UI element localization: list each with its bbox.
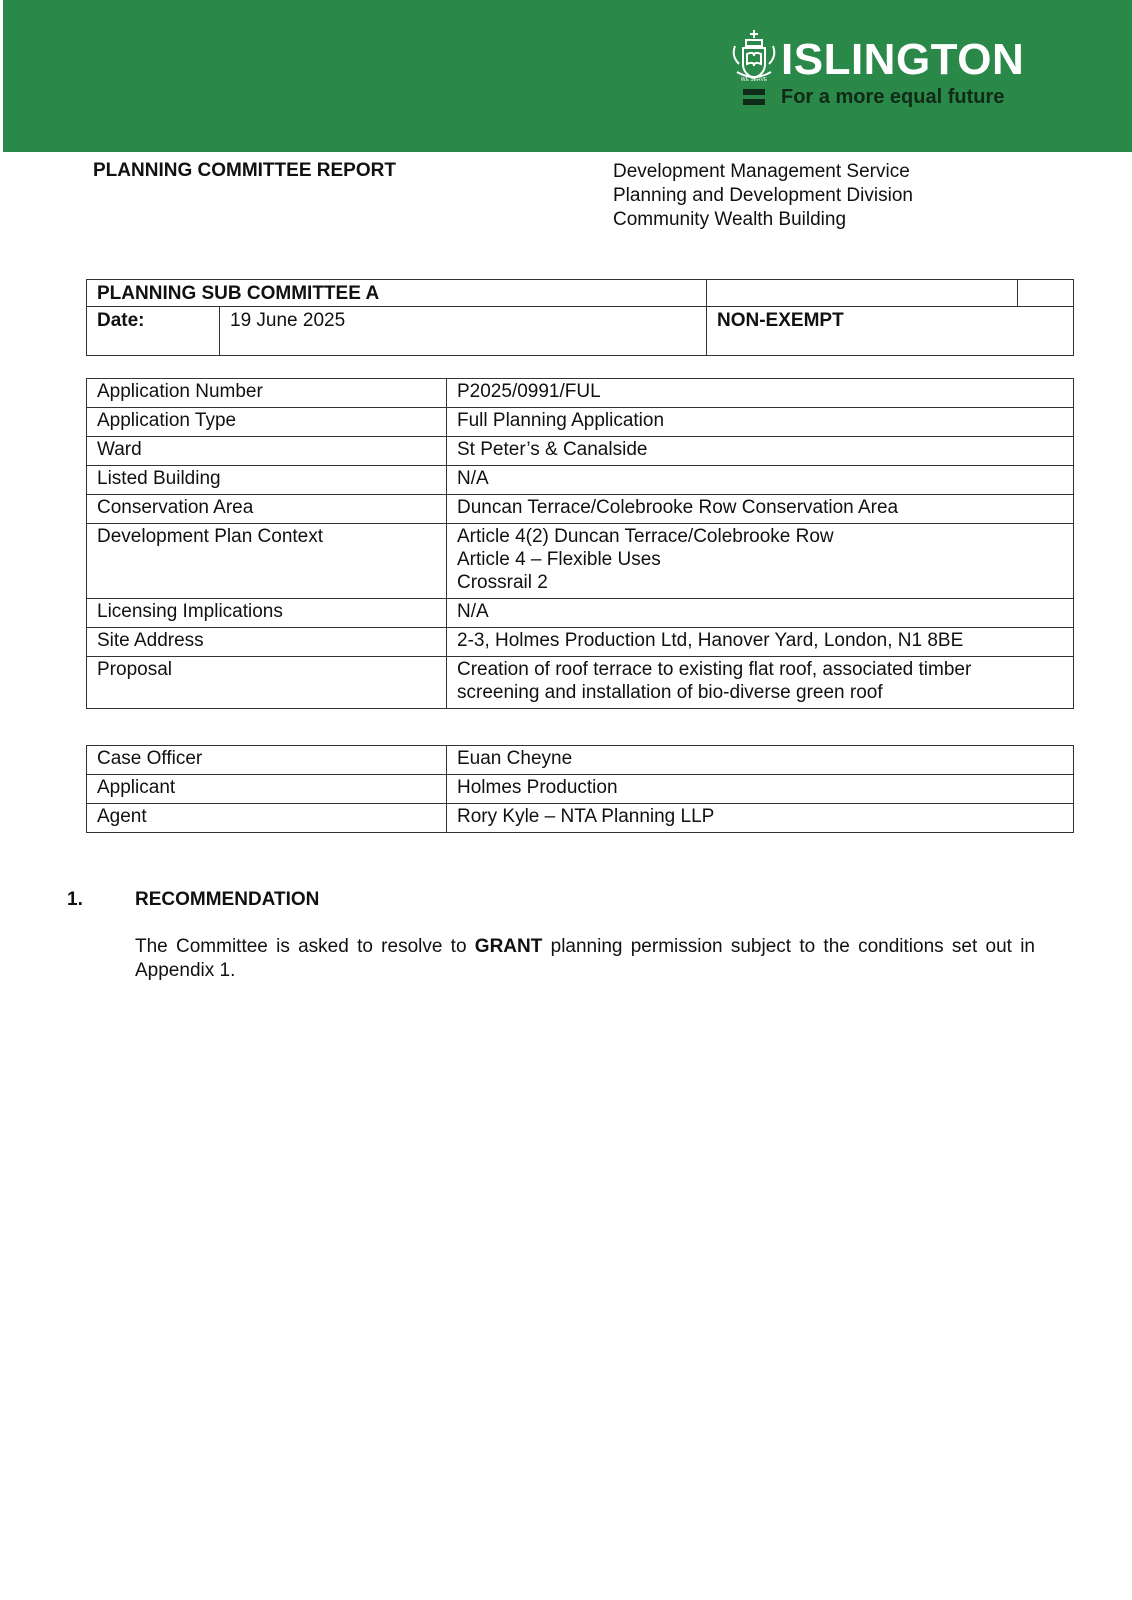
table-row: ApplicantHolmes Production (87, 775, 1074, 804)
equals-icon (743, 89, 765, 107)
field-value-line: Article 4 – Flexible Uses (457, 548, 1063, 571)
field-value-line: Creation of roof terrace to existing fla… (457, 658, 1063, 681)
field-value: Rory Kyle – NTA Planning LLP (447, 804, 1074, 833)
date-value: 19 June 2025 (220, 307, 707, 356)
field-value: N/A (447, 599, 1074, 628)
field-value-line: St Peter’s & Canalside (457, 438, 1063, 461)
field-label: Application Number (87, 379, 447, 408)
field-value-line: screening and installation of bio-divers… (457, 681, 1063, 704)
table-row: Site Address2-3, Holmes Production Ltd, … (87, 628, 1074, 657)
field-value-line: Article 4(2) Duncan Terrace/Colebrooke R… (457, 525, 1063, 548)
table-row: Listed BuildingN/A (87, 466, 1074, 495)
department-line: Planning and Development Division (613, 184, 913, 208)
field-value: N/A (447, 466, 1074, 495)
department-info: Development Management Service Planning … (613, 160, 913, 232)
department-line: Community Wealth Building (613, 208, 913, 232)
field-label: Applicant (87, 775, 447, 804)
empty-cell (1018, 280, 1074, 307)
field-value: Holmes Production (447, 775, 1074, 804)
field-label: Licensing Implications (87, 599, 447, 628)
header-banner: WE SERVE ISLINGTON For a more equal futu… (3, 0, 1132, 152)
brand-tagline: For a more equal future (781, 86, 1004, 108)
islington-logo: WE SERVE ISLINGTON For a more equal futu… (731, 24, 1031, 114)
table-row: ProposalCreation of roof terrace to exis… (87, 657, 1074, 709)
svg-text:WE SERVE: WE SERVE (741, 77, 768, 83)
field-value-line: Duncan Terrace/Colebrooke Row Conservati… (457, 496, 1063, 519)
committee-header-table: PLANNING SUB COMMITTEE A Date: 19 June 2… (86, 279, 1074, 356)
crest-icon: WE SERVE (731, 28, 777, 86)
table-row: Case OfficerEuan Cheyne (87, 746, 1074, 775)
application-details-table: Application NumberP2025/0991/FULApplicat… (86, 378, 1074, 709)
field-label: Agent (87, 804, 447, 833)
exempt-status: NON-EXEMPT (707, 307, 1074, 356)
recommendation-text: The Committee is asked to resolve to GRA… (135, 935, 1035, 983)
table-row: Application TypeFull Planning Applicatio… (87, 408, 1074, 437)
field-value: Creation of roof terrace to existing fla… (447, 657, 1074, 709)
field-label: Listed Building (87, 466, 447, 495)
field-value-line: Full Planning Application (457, 409, 1063, 432)
field-value: Euan Cheyne (447, 746, 1074, 775)
empty-cell (707, 280, 1018, 307)
field-value: Duncan Terrace/Colebrooke Row Conservati… (447, 495, 1074, 524)
field-label: Case Officer (87, 746, 447, 775)
field-value: Full Planning Application (447, 408, 1074, 437)
table-row: Licensing ImplicationsN/A (87, 599, 1074, 628)
table-row: Application NumberP2025/0991/FUL (87, 379, 1074, 408)
field-value-line: 2-3, Holmes Production Ltd, Hanover Yard… (457, 629, 1063, 652)
field-value-line: N/A (457, 467, 1063, 490)
section-heading: RECOMMENDATION (135, 889, 319, 911)
table-row: WardSt Peter’s & Canalside (87, 437, 1074, 466)
field-value: P2025/0991/FUL (447, 379, 1074, 408)
table-row: AgentRory Kyle – NTA Planning LLP (87, 804, 1074, 833)
field-label: Proposal (87, 657, 447, 709)
field-value: 2-3, Holmes Production Ltd, Hanover Yard… (447, 628, 1074, 657)
date-label: Date: (87, 307, 220, 356)
table-row: Development Plan ContextArticle 4(2) Dun… (87, 524, 1074, 599)
field-value-line: Crossrail 2 (457, 571, 1063, 594)
field-label: Development Plan Context (87, 524, 447, 599)
department-line: Development Management Service (613, 160, 913, 184)
recommendation-text-start: The Committee is asked to resolve to (135, 936, 475, 957)
field-label: Site Address (87, 628, 447, 657)
committee-name: PLANNING SUB COMMITTEE A (87, 280, 707, 307)
brand-name: ISLINGTON (781, 38, 1024, 82)
table-row: Conservation AreaDuncan Terrace/Colebroo… (87, 495, 1074, 524)
field-value: St Peter’s & Canalside (447, 437, 1074, 466)
decision-grant: GRANT (475, 936, 543, 957)
field-value: Article 4(2) Duncan Terrace/Colebrooke R… (447, 524, 1074, 599)
field-label: Application Type (87, 408, 447, 437)
field-label: Ward (87, 437, 447, 466)
people-table: Case OfficerEuan CheyneApplicantHolmes P… (86, 745, 1074, 833)
report-title: PLANNING COMMITTEE REPORT (93, 160, 396, 182)
section-number: 1. (67, 889, 83, 911)
field-label: Conservation Area (87, 495, 447, 524)
field-value-line: P2025/0991/FUL (457, 380, 1063, 403)
field-value-line: N/A (457, 600, 1063, 623)
